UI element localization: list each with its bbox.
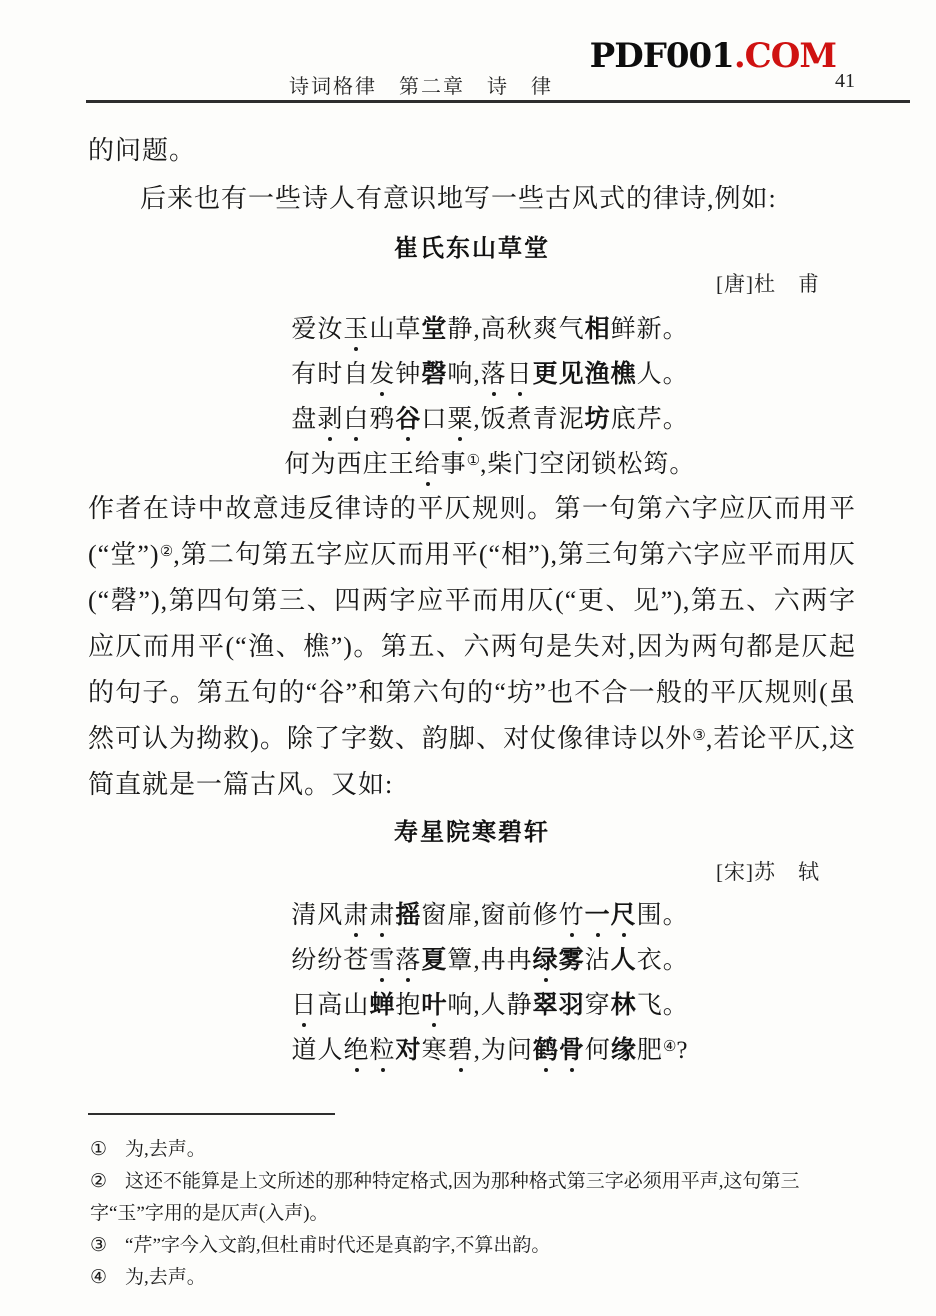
footnote-separator-rule — [88, 1113, 335, 1115]
footnote-4-text: 为,去声。 — [125, 1267, 206, 1288]
poem2-title: 寿星院寒碧轩 — [88, 812, 856, 847]
page-number: 41 — [835, 70, 855, 93]
footnote-2: ②这还不能算是上文所述的那种特定格式,因为那种格式第三字必须用平声,这句第三字“… — [90, 1166, 856, 1230]
poem2-author: [宋]苏 轼 — [100, 856, 880, 886]
footnote-3-number: ③ — [90, 1230, 107, 1262]
footnote-4: ④为,去声。 — [90, 1262, 856, 1294]
running-head: 诗词格律 第二章 诗 律 41 — [86, 70, 910, 96]
poem2-line-4: 道人绝粒对寒碧,为问鹤骨何缘肥④? — [100, 1028, 880, 1073]
paragraph-continuation: 的问题。 — [88, 128, 856, 174]
poem2-line-3: 日高山蝉抱叶响,人静翠羽穿林飞。 — [100, 983, 880, 1028]
analysis-paragraph: 作者在诗中故意违反律诗的平仄规则。第一句第六字应仄而用平(“堂”)②,第二句第五… — [88, 486, 856, 808]
poem2-line-1: 清风肃肃摇窗扉,窗前修竹一尺围。 — [100, 893, 880, 938]
poem1: 爱汝玉山草堂静,高秋爽气相鲜新。 有时自发钟磬响,落日更见渔樵人。 盘剥白鸦谷口… — [100, 307, 880, 487]
poem1-title: 崔氏东山草堂 — [88, 228, 856, 263]
footnote-1-number: ① — [90, 1134, 107, 1166]
poem1-line-1: 爱汝玉山草堂静,高秋爽气相鲜新。 — [100, 307, 880, 352]
footnote-1-text: 为,去声。 — [125, 1139, 206, 1160]
footnote-1: ①为,去声。 — [90, 1134, 856, 1166]
poem1-author: [唐]杜 甫 — [100, 268, 880, 298]
poem1-line-4: 何为西庄王给事①,柴门空闭锁松筠。 — [100, 442, 880, 487]
poem2-line-2: 纷纷苍雪落夏簟,冉冉绿雾沾人衣。 — [100, 938, 880, 983]
poem1-line-3: 盘剥白鸦谷口粟,饭煮青泥坊底芹。 — [100, 397, 880, 442]
header-rule — [86, 100, 910, 103]
paragraph-intro: 后来也有一些诗人有意识地写一些古风式的律诗,例如: — [88, 176, 856, 222]
footnote-3-text: “芹”字今入文韵,但杜甫时代还是真韵字,不算出韵。 — [125, 1235, 550, 1256]
footnote-3: ③“芹”字今入文韵,但杜甫时代还是真韵字,不算出韵。 — [90, 1230, 856, 1262]
running-title: 诗词格律 第二章 诗 律 — [86, 70, 756, 99]
footnote-2-text: 这还不能算是上文所述的那种特定格式,因为那种格式第三字必须用平声,这句第三字“玉… — [90, 1171, 800, 1224]
footnotes: ①为,去声。 ②这还不能算是上文所述的那种特定格式,因为那种格式第三字必须用平声… — [90, 1134, 856, 1294]
poem2: 清风肃肃摇窗扉,窗前修竹一尺围。 纷纷苍雪落夏簟,冉冉绿雾沾人衣。 日高山蝉抱叶… — [100, 893, 880, 1073]
poem1-line-2: 有时自发钟磬响,落日更见渔樵人。 — [100, 352, 880, 397]
footnote-2-number: ② — [90, 1166, 107, 1198]
footnote-4-number: ④ — [90, 1262, 107, 1294]
book-page-scan: PDF001.COM 诗词格律 第二章 诗 律 41 的问题。 后来也有一些诗人… — [0, 0, 936, 1316]
